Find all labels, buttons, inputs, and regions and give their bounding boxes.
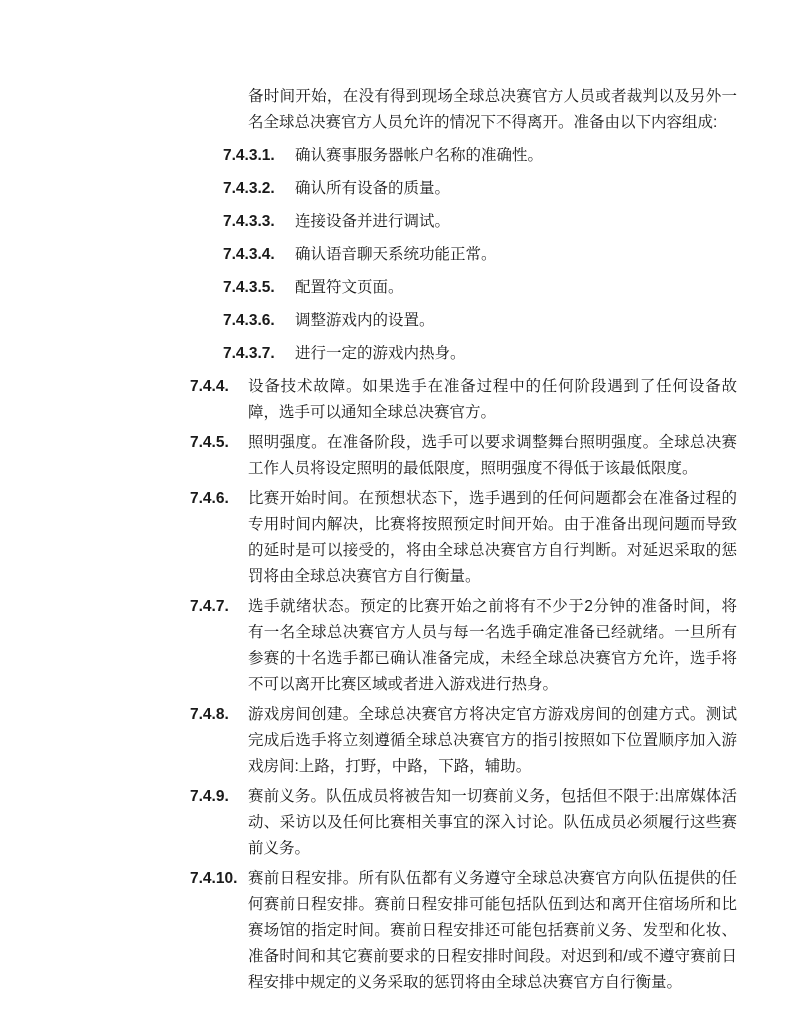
clause-7-4-10: 7.4.10. 赛前日程安排。所有队伍都有义务遵守全球总决赛官方向队伍提供的任何…: [190, 866, 737, 996]
clause-number: 7.4.3.2.: [223, 176, 295, 202]
list-item-7-4-3-7: 7.4.3.7. 进行一定的游戏内热身。: [223, 341, 737, 367]
clause-number: 7.4.4.: [190, 374, 248, 426]
clause-7-4-6: 7.4.6. 比赛开始时间。在预想状态下，选手遇到的任何问题都会在准备过程的专用…: [190, 486, 737, 590]
list-item-7-4-3-4: 7.4.3.4. 确认语音聊天系统功能正常。: [223, 242, 737, 268]
clause-text: 确认赛事服务器帐户名称的准确性。: [295, 143, 737, 169]
clause-7-4-7: 7.4.7. 选手就绪状态。预定的比赛开始之前将有不少于2分钟的准备时间，将有一…: [190, 594, 737, 698]
clause-number: 7.4.9.: [190, 784, 248, 862]
clause-text: 照明强度。在准备阶段，选手可以要求调整舞台照明强度。全球总决赛工作人员将设定照明…: [248, 430, 737, 482]
clause-number: 7.4.3.3.: [223, 209, 295, 235]
clause-number: 7.4.5.: [190, 430, 248, 482]
clause-number: 7.4.3.7.: [223, 341, 295, 367]
clause-text: 赛前义务。队伍成员将被告知一切赛前义务，包括但不限于:出席媒体活动、采访以及任何…: [248, 784, 737, 862]
clause-number: 7.4.6.: [190, 486, 248, 590]
clause-text: 确认语音聊天系统功能正常。: [295, 242, 737, 268]
clause-number: 7.4.3.6.: [223, 308, 295, 334]
clause-number: 7.4.10.: [190, 866, 248, 996]
clause-text: 连接设备并进行调试。: [295, 209, 737, 235]
clause-text: 比赛开始时间。在预想状态下，选手遇到的任何问题都会在准备过程的专用时间内解决，比…: [248, 486, 737, 590]
clause-number: 7.4.7.: [190, 594, 248, 698]
rules-section-7-4: 备时间开始，在没有得到现场全球总决赛官方人员或者裁判以及另外一名全球总决赛官方人…: [190, 84, 737, 1000]
clause-text: 赛前日程安排。所有队伍都有义务遵守全球总决赛官方向队伍提供的任何赛前日程安排。赛…: [248, 866, 737, 996]
clause-text: 游戏房间创建。全球总决赛官方将决定官方游戏房间的创建方式。测试完成后选手将立刻遵…: [248, 702, 737, 780]
clause-text: 调整游戏内的设置。: [295, 308, 737, 334]
clause-text: 选手就绪状态。预定的比赛开始之前将有不少于2分钟的准备时间，将有一名全球总决赛官…: [248, 594, 737, 698]
clause-text: 配置符文页面。: [295, 275, 737, 301]
clause-7-4-9: 7.4.9. 赛前义务。队伍成员将被告知一切赛前义务，包括但不限于:出席媒体活动…: [190, 784, 737, 862]
clause-text: 确认所有设备的质量。: [295, 176, 737, 202]
list-item-7-4-3-1: 7.4.3.1. 确认赛事服务器帐户名称的准确性。: [223, 143, 737, 169]
clause-number: 7.4.3.5.: [223, 275, 295, 301]
clause-text: 进行一定的游戏内热身。: [295, 341, 737, 367]
clause-number: 7.4.3.4.: [223, 242, 295, 268]
clause-7-4-4: 7.4.4. 设备技术故障。如果选手在准备过程中的任何阶段遇到了任何设备故障，选…: [190, 374, 737, 426]
list-item-7-4-3-2: 7.4.3.2. 确认所有设备的质量。: [223, 176, 737, 202]
list-item-7-4-3-3: 7.4.3.3. 连接设备并进行调试。: [223, 209, 737, 235]
clause-7-4-8: 7.4.8. 游戏房间创建。全球总决赛官方将决定官方游戏房间的创建方式。测试完成…: [190, 702, 737, 780]
clause-number: 7.4.8.: [190, 702, 248, 780]
clause-7-4-3-continuation-text: 备时间开始，在没有得到现场全球总决赛官方人员或者裁判以及另外一名全球总决赛官方人…: [248, 84, 737, 136]
list-item-7-4-3-5: 7.4.3.5. 配置符文页面。: [223, 275, 737, 301]
clause-text: 设备技术故障。如果选手在准备过程中的任何阶段遇到了任何设备故障，选手可以通知全球…: [248, 374, 737, 426]
clause-number: 7.4.3.1.: [223, 143, 295, 169]
list-item-7-4-3-6: 7.4.3.6. 调整游戏内的设置。: [223, 308, 737, 334]
document-page: 备时间开始，在没有得到现场全球总决赛官方人员或者裁判以及另外一名全球总决赛官方人…: [0, 0, 800, 1035]
clause-7-4-5: 7.4.5. 照明强度。在准备阶段，选手可以要求调整舞台照明强度。全球总决赛工作…: [190, 430, 737, 482]
